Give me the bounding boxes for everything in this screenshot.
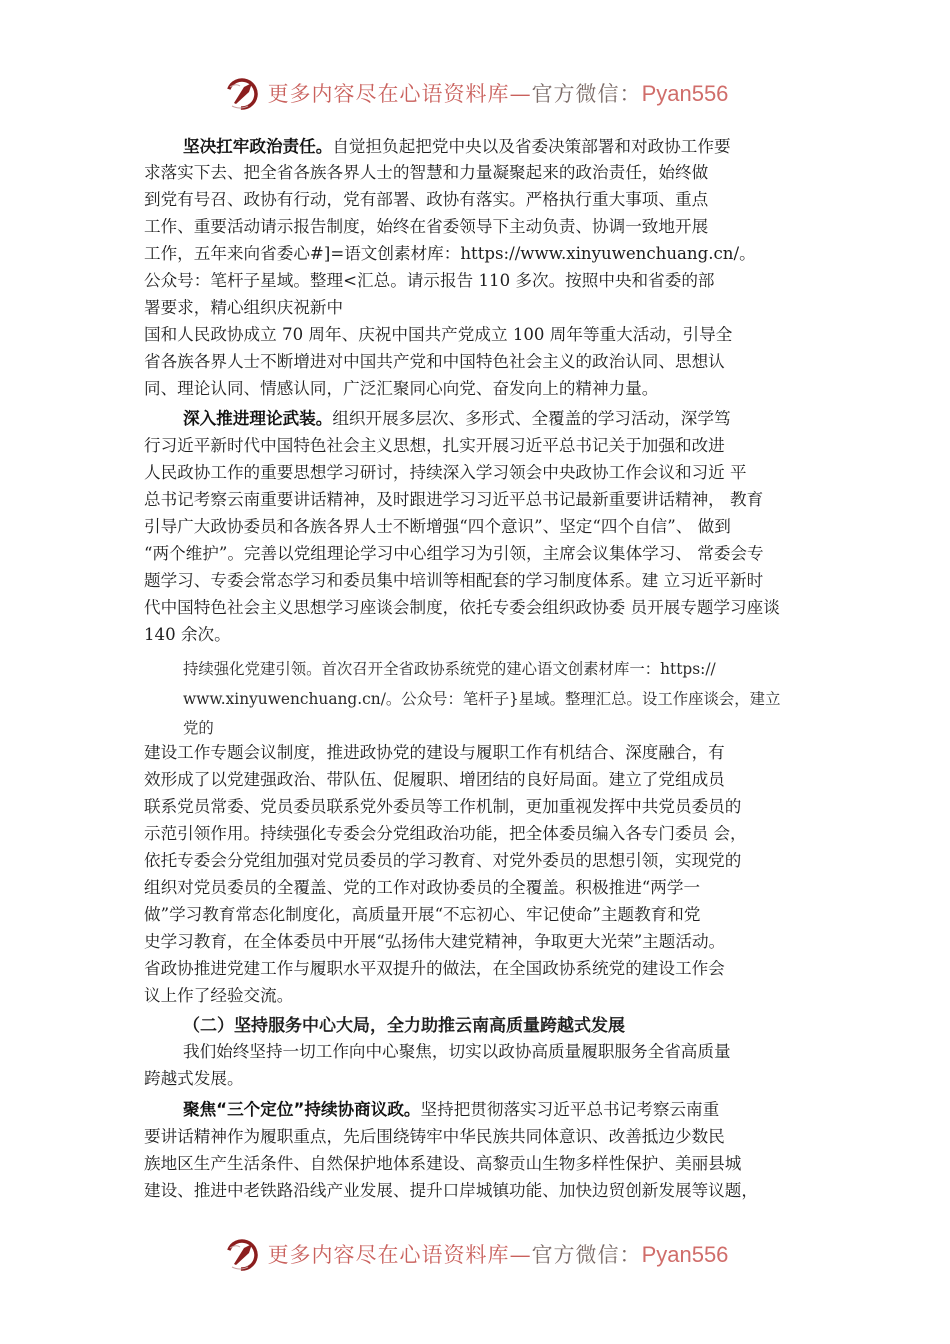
watermark-wechat-id: Pyan556 bbox=[642, 1242, 729, 1267]
para2-line-6: 题学习、专委会常态学习和委员集中培训等相配套的学习制度体系。建 立习近平新时 bbox=[144, 568, 763, 594]
para1-line-7: 国和人民政协成立 70 周年、庆祝中国共产党成立 100 周年等重大活动，引导全 bbox=[144, 322, 732, 348]
watermark-wechat-label: 官方微信： bbox=[532, 1243, 642, 1267]
watermark-site-name: 更多内容尽在心语资料库 bbox=[268, 82, 510, 106]
para2-line-2: 人民政协工作的重要思想学习研讨，持续深入学习领会中央政协工作会议和习近 平 bbox=[144, 460, 747, 486]
para1-line-2: 到党有号召、政协有行动，党有部署、政协有落实。严格执行重大事项、重点 bbox=[144, 187, 708, 213]
para4-heading: 聚焦“三个定位”持续协商议政。 bbox=[183, 1100, 421, 1119]
watermark-banner-top: 更多内容尽在心语资料库—官方微信：Pyan556 bbox=[0, 70, 950, 116]
para1-line-6: 署要求，精心组织庆祝新中 bbox=[144, 295, 343, 321]
pen-nib-logo-icon bbox=[222, 73, 262, 113]
section2-intro-line-1: 跨越式发展。 bbox=[144, 1066, 244, 1092]
para3-line-8: 省政协推进党建工作与履职水平双提升的做法，在全国政协系统党的建设工作会 bbox=[144, 956, 725, 982]
para2-line-7: 代中国特色社会主义思想学习座谈会制度，依托专委会组织政协委 员开展专题学习座谈 bbox=[144, 595, 780, 621]
watermark-wechat-label: 官方微信： bbox=[532, 82, 642, 106]
para1-line-8: 省各族各界人士不断增进对中国共产党和中国特色社会主义的政治认同、思想认 bbox=[144, 349, 725, 375]
para2-heading: 深入推进理论武装。 bbox=[183, 409, 332, 428]
para1-line-3: 工作、重要活动请示报告制度，始终在省委领导下主动负责、协调一致地开展 bbox=[144, 214, 708, 240]
para4-line-2: 族地区生产生活条件、自然保护地体系建设、高黎贡山生物多样性保护、美丽县城 bbox=[144, 1151, 741, 1177]
para2-line-1: 行习近平新时代中国特色社会主义思想，扎实开展习近平总书记关于加强和改进 bbox=[144, 433, 725, 459]
para3-line-4: 依托专委会分党组加强对党员委员的学习教育、对党外委员的思想引领，实现党的 bbox=[144, 848, 741, 874]
pen-nib-logo-icon bbox=[222, 1234, 262, 1274]
para3-line-5: 组织对党员委员的全覆盖、党的工作对政协委员的全覆盖。积极推进“两学一 bbox=[144, 875, 700, 901]
para2-line-4: 引导广大政协委员和各族各界人士不断增强“四个意识”、坚定“四个自信”、 做到 bbox=[144, 514, 731, 540]
para1-line-5: 公众号：笔杆子星域。整理<汇总。请示报告 110 多次。按照中央和省委的部 bbox=[144, 268, 715, 294]
section-heading: （二）坚持服务中心大局，全力助推云南高质量跨越式发展 bbox=[183, 1013, 625, 1039]
para2-line-8: 140 余次。 bbox=[144, 622, 231, 648]
para1-heading: 坚决扛牢政治责任。 bbox=[183, 137, 332, 156]
para2-line-3: 总书记考察云南重要讲话精神，及时跟进学习习近平总书记最新重要讲话精神， 教育 bbox=[144, 487, 763, 513]
watermark-dash: — bbox=[510, 82, 532, 106]
para1-line-1: 求落实下去、把全省各族各界人士的智慧和力量凝聚起来的政治责任，始终做 bbox=[144, 160, 708, 186]
para3-small-line-0: 持续强化党建引领。首次召开全省政协系统党的建心语文创素材库一：https:// bbox=[183, 656, 716, 682]
watermark-site-name: 更多内容尽在心语资料库 bbox=[268, 1243, 510, 1267]
para3-line-6: 做”学习教育常态化制度化，高质量开展“不忘初心、牢记使命”主题教育和党 bbox=[144, 902, 700, 928]
para4-line-0: 聚焦“三个定位”持续协商议政。坚持把贯彻落实习近平总书记考察云南重 bbox=[183, 1097, 719, 1123]
watermark-banner-bottom: 更多内容尽在心语资料库—官方微信：Pyan556 bbox=[0, 1231, 950, 1277]
watermark-text: 更多内容尽在心语资料库—官方微信：Pyan556 bbox=[268, 1239, 729, 1269]
section2-intro-line-0: 我们始终坚持一切工作向中心聚焦，切实以政协高质量履职服务全省高质量 bbox=[183, 1039, 731, 1065]
para3-line-0: 建设工作专题会议制度，推进政协党的建设与履职工作有机结合、深度融合，有 bbox=[144, 740, 725, 766]
para1-line-4: 工作，五年来向省委心#]=语文创素材库：https://www.xinyuwen… bbox=[144, 241, 756, 267]
para4-line-3: 建设、推进中老铁路沿线产业发展、提升口岸城镇功能、加快边贸创新发展等议题， bbox=[144, 1178, 758, 1204]
para4-text: 坚持把贯彻落实习近平总书记考察云南重 bbox=[421, 1100, 720, 1119]
para3-small-line-2: 党的 bbox=[183, 715, 214, 741]
para3-line-9: 议上作了经验交流。 bbox=[144, 983, 293, 1009]
para1-line-0: 坚决扛牢政治责任。自觉担负起把党中央以及省委决策部署和对政协工作要 bbox=[183, 134, 731, 160]
para2-line-5: “两个维护”。完善以党组理论学习中心组学习为引领，主席会议集体学习、 常委会专 bbox=[144, 541, 764, 567]
para1-text: 自觉担负起把党中央以及省委决策部署和对政协工作要 bbox=[332, 137, 730, 156]
watermark-text: 更多内容尽在心语资料库—官方微信：Pyan556 bbox=[268, 78, 729, 108]
para4-line-1: 要讲话精神作为履职重点，先后围绕铸牢中华民族共同体意识、改善抵边少数民 bbox=[144, 1124, 725, 1150]
para1-line-9: 同、理论认同、情感认同，广泛汇聚同心向党、奋发向上的精神力量。 bbox=[144, 376, 658, 402]
para3-line-1: 效形成了以党建强政治、带队伍、促履职、增团结的良好局面。建立了党组成员 bbox=[144, 767, 725, 793]
para2-text: 组织开展多层次、多形式、全覆盖的学习活动，深学笃 bbox=[332, 409, 730, 428]
para3-line-2: 联系党员常委、党员委员联系党外委员等工作机制，更加重视发挥中共党员委员的 bbox=[144, 794, 741, 820]
para3-small-line-1: www.xinyuwenchuang.cn/。公众号：笔杆子}星域。整理汇总。设… bbox=[183, 686, 780, 712]
para2-line-0: 深入推进理论武装。组织开展多层次、多形式、全覆盖的学习活动，深学笃 bbox=[183, 406, 731, 432]
watermark-dash: — bbox=[510, 1243, 532, 1267]
watermark-wechat-id: Pyan556 bbox=[642, 81, 729, 106]
para3-line-7: 史学习教育，在全体委员中开展“弘扬伟大建党精神，争取更大光荣”主题活动。 bbox=[144, 929, 725, 955]
para3-line-3: 示范引领作用。持续强化专委会分党组政治功能，把全体委员编入各专门委员 会， bbox=[144, 821, 747, 847]
